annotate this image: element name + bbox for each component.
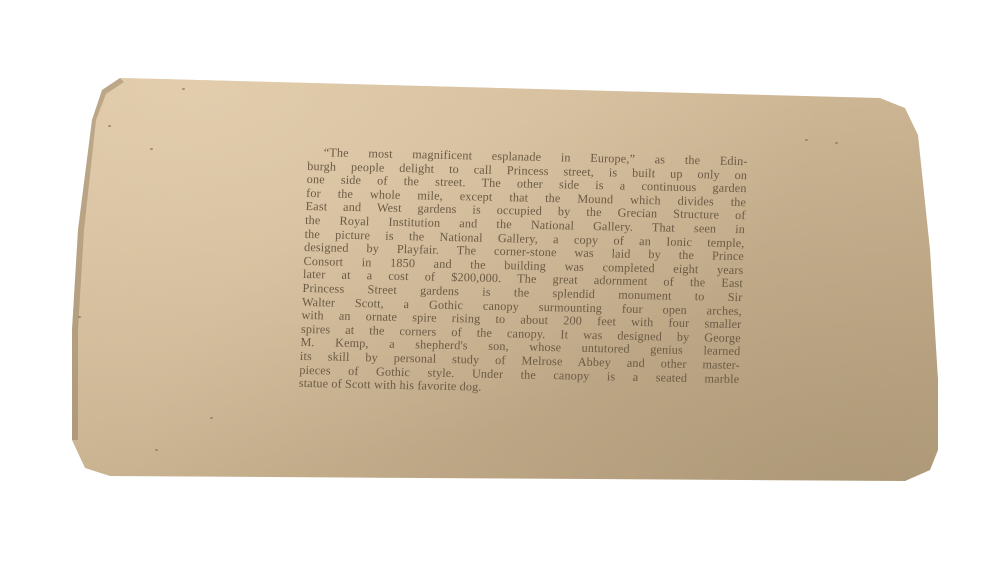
paper-speck	[155, 449, 158, 451]
card-description-text: “The most magnificent esplanade in Europ…	[299, 146, 748, 400]
paper-speck	[805, 139, 808, 141]
paper-speck	[108, 125, 111, 127]
paper-speck	[78, 316, 81, 318]
paper-speck	[182, 88, 185, 90]
paper-speck	[210, 417, 213, 419]
paper-speck	[150, 148, 153, 150]
paper-speck	[835, 142, 838, 144]
